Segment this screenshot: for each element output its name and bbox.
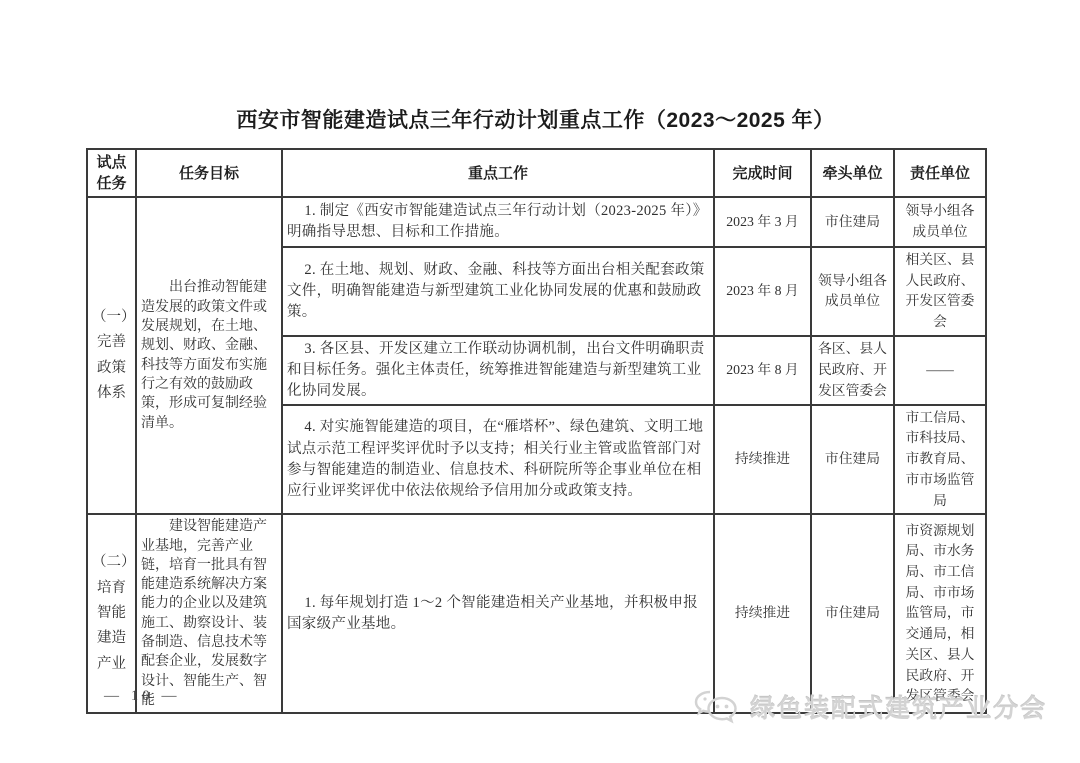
- group1-row1-responsible: 领导小组各成员单位: [894, 197, 986, 247]
- footer-watermark: 绿色装配式建筑产业分会: [692, 686, 1047, 728]
- group1-row4-responsible: 市工信局、市科技局、市教育局、市市场监管局: [894, 405, 986, 514]
- table-header-row: 试点 任务 任务目标 重点工作 完成时间 牵头单位 责任单位: [87, 149, 986, 197]
- group1-row3-lead: 各区、县人民政府、开发区管委会: [811, 336, 894, 405]
- table-row: （二） 培育 智能 建造 产业 建设智能建造产业基地，完善产业链，培育一批具有智…: [87, 514, 986, 713]
- col-header-pilot-task: 试点 任务: [87, 149, 136, 197]
- group1-row3-work: 3. 各区县、开发区建立工作联动协调机制，出台文件明确职责和目标任务。强化主体责…: [282, 336, 714, 405]
- group1-row2-time: 2023 年 8 月: [714, 247, 811, 336]
- group2-objective: 建设智能建造产业基地，完善产业链，培育一批具有智能建造系统解决方案能力的企业以及…: [136, 514, 282, 713]
- group1-row2-responsible: 相关区、县人民政府、开发区管委会: [894, 247, 986, 336]
- col-header-key-work: 重点工作: [282, 149, 714, 197]
- group2-row1-lead: 市住建局: [811, 514, 894, 713]
- group1-row1-time: 2023 年 3 月: [714, 197, 811, 247]
- group2-row1-time: 持续推进: [714, 514, 811, 713]
- action-plan-table: 试点 任务 任务目标 重点工作 完成时间 牵头单位 责任单位 （一） 完善 政策…: [86, 148, 987, 714]
- group1-row4-work: 4. 对实施智能建造的项目，在“雁塔杯”、绿色建筑、文明工地试点示范工程评奖评优…: [282, 405, 714, 514]
- group1-row3-time: 2023 年 8 月: [714, 336, 811, 405]
- group1-row1-work: 1. 制定《西安市智能建造试点三年行动计划（2023-2025 年）》明确指导思…: [282, 197, 714, 247]
- col-header-completion-time: 完成时间: [714, 149, 811, 197]
- watermark-text: 绿色装配式建筑产业分会: [750, 689, 1047, 725]
- col-header-responsible-unit: 责任单位: [894, 149, 986, 197]
- group1-row2-lead: 领导小组各成员单位: [811, 247, 894, 336]
- page-title: 西安市智能建造试点三年行动计划重点工作（2023～2025 年）: [86, 104, 985, 134]
- group1-row4-time: 持续推进: [714, 405, 811, 514]
- group1-row3-responsible: ——: [894, 336, 986, 405]
- group1-row4-lead: 市住建局: [811, 405, 894, 514]
- group1-row1-lead: 市住建局: [811, 197, 894, 247]
- wechat-logo-icon: [692, 686, 744, 728]
- col-header-lead-unit: 牵头单位: [811, 149, 894, 197]
- table-row: （一） 完善 政策 体系 出台推动智能建造发展的政策文件或发展规划，在土地、规划…: [87, 197, 986, 247]
- group1-row2-work: 2. 在土地、规划、财政、金融、科技等方面出台相关配套政策文件，明确智能建造与新…: [282, 247, 714, 336]
- group2-row1-work: 1. 每年规划打造 1～2 个智能建造相关产业基地，并积极申报国家级产业基地。: [282, 514, 714, 713]
- group1-objective: 出台推动智能建造发展的政策文件或发展规划，在土地、规划、财政、金融、科技等方面发…: [136, 197, 282, 514]
- group1-pilot-task: （一） 完善 政策 体系: [87, 197, 136, 514]
- group2-pilot-task: （二） 培育 智能 建造 产业: [87, 514, 136, 713]
- page-number: — 10 —: [104, 688, 181, 705]
- group2-row1-responsible: 市资源规划局、市水务局、市工信局、市市场监管局，市交通局，相关区、县人民政府、开…: [894, 514, 986, 713]
- col-header-task-objective: 任务目标: [136, 149, 282, 197]
